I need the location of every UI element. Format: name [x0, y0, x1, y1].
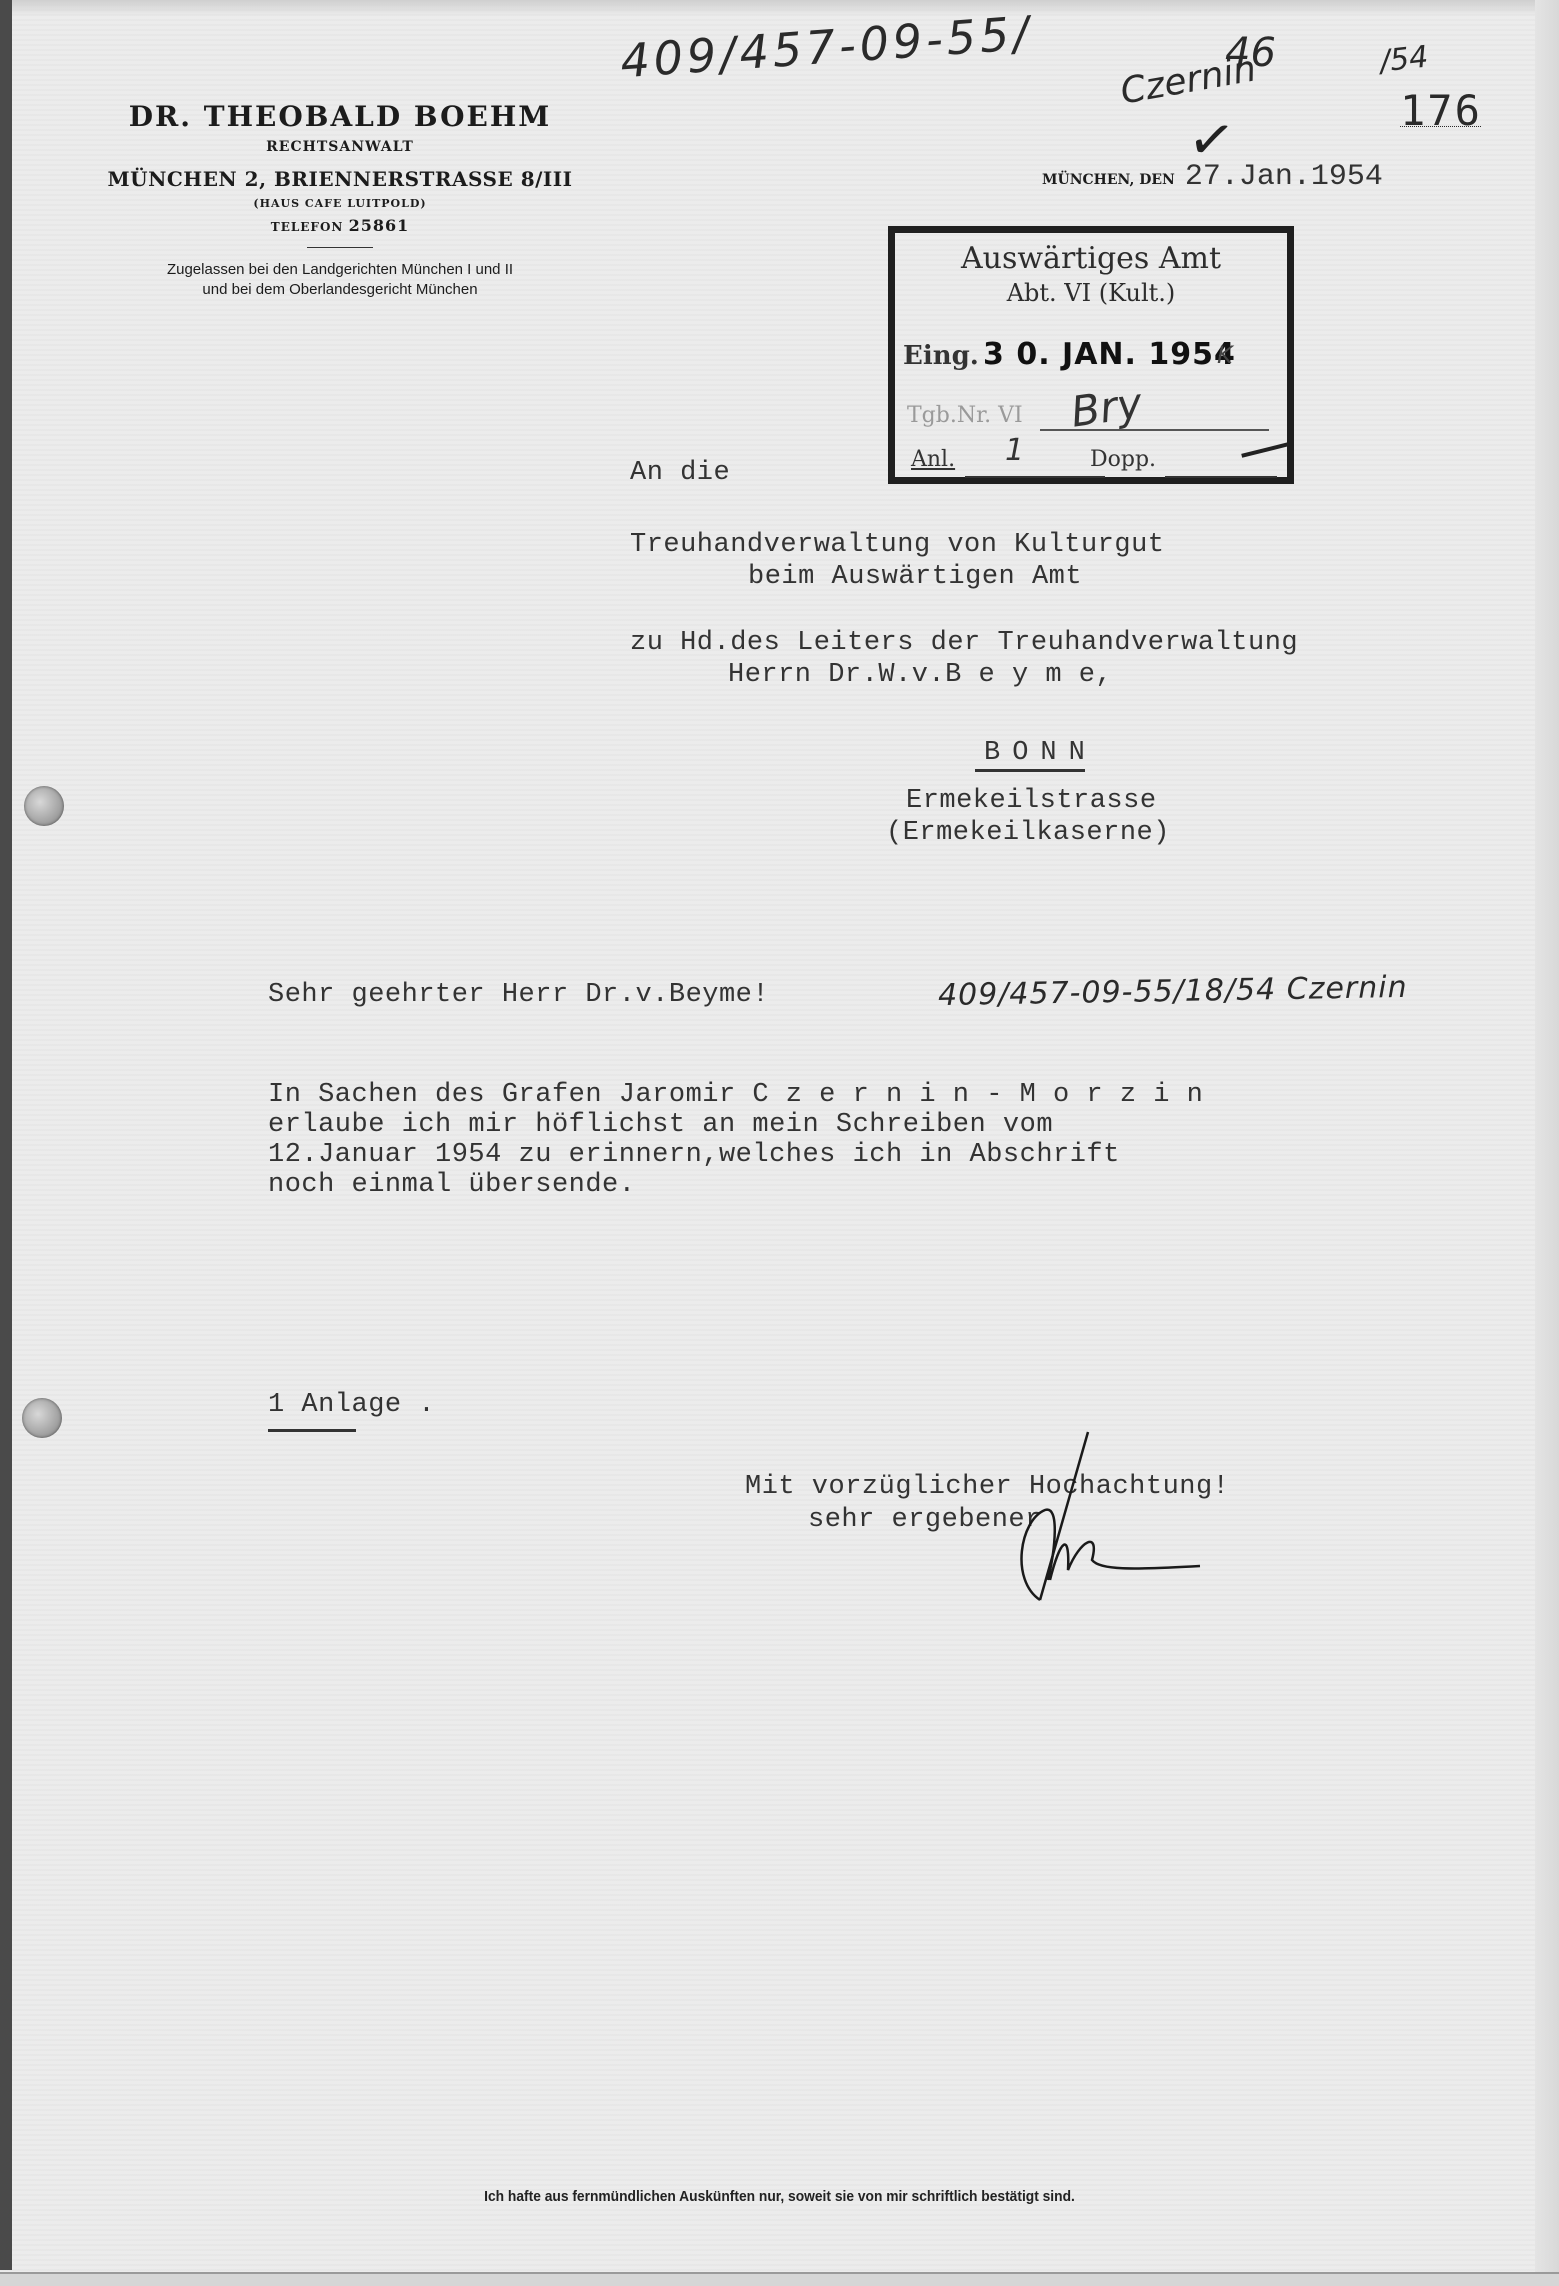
body-line: erlaube ich mir höflichst an mein Schrei… — [268, 1110, 1053, 1140]
handwritten-body-reference: 409/457-09-55/18/54 Czernin — [938, 970, 1408, 1013]
stamp-department: Abt. VI (Kult.) — [895, 279, 1287, 307]
stamp-received-label: Eing. — [903, 341, 979, 371]
recipient-intro: An die — [630, 458, 730, 488]
recipient-building: (Ermekeilkaserne) — [886, 818, 1170, 848]
admission-line-1: Zugelassen bei den Landgerichten München… — [60, 260, 620, 280]
handwritten-number: 46 — [1225, 30, 1276, 76]
letterhead-phone: TELEFON 25861 — [60, 216, 620, 235]
dateline: MÜNCHEN, DEN 27.Jan.1954 — [1042, 160, 1383, 194]
body-line: noch einmal übersende. — [268, 1170, 635, 1200]
letterhead-name: DR. THEOBALD BOEHM — [60, 100, 620, 133]
salutation: Sehr geehrter Herr Dr.v.Beyme! — [268, 980, 769, 1010]
enclosure-underline — [268, 1429, 356, 1432]
letterhead: DR. THEOBALD BOEHM RECHTSANWALT MÜNCHEN … — [60, 100, 620, 300]
stamp-duplicates-line — [1165, 476, 1277, 478]
punch-hole-icon — [24, 786, 64, 826]
stamp-duplicates-dash — [1241, 442, 1289, 457]
letterhead-title: RECHTSANWALT — [60, 139, 620, 155]
phone-label: TELEFON — [271, 220, 344, 234]
recipient-street: Ermekeilstrasse — [906, 786, 1157, 816]
body-line: 12.Januar 1954 zu erinnern,welches ich i… — [268, 1140, 1120, 1170]
stamp-received-initial: K — [1217, 341, 1233, 369]
phone-number: 25861 — [349, 216, 410, 235]
letter-date: 27.Jan.1954 — [1185, 160, 1383, 194]
signature-icon — [1000, 1430, 1220, 1610]
stamp-duplicates-label: Dopp. — [1090, 447, 1156, 472]
recipient-line-1: Treuhandverwaltung von Kulturgut — [630, 530, 1164, 560]
page-bottom-edge — [0, 2272, 1559, 2286]
page-right-edge — [1535, 0, 1559, 2286]
letterhead-building: (HAUS CAFE LUITPOLD) — [60, 197, 620, 210]
date-label: MÜNCHEN, DEN — [1042, 172, 1175, 188]
letterhead-divider — [307, 247, 373, 248]
city-underline — [975, 769, 1085, 772]
liability-disclaimer: Ich hafte aus fernmündlichen Auskünften … — [62, 2188, 1496, 2205]
letterhead-address: MÜNCHEN 2, BRIENNERSTRASSE 8/III — [60, 167, 620, 191]
stamp-attachments-value: 1 — [1005, 433, 1024, 468]
admission-line-2: und bei dem Oberlandesgericht München — [60, 280, 620, 300]
stamp-journal-label: Tgb.Nr. VI — [907, 403, 1023, 428]
recipient-line-2: beim Auswärtigen Amt — [748, 562, 1082, 592]
recipient-line-4: Herrn Dr.W.v.B e y m e, — [728, 660, 1112, 690]
receipt-stamp: Auswärtiges Amt Abt. VI (Kult.) Eing. 3 … — [888, 226, 1294, 484]
recipient-line-3: zu Hd.des Leiters der Treuhandverwaltung — [630, 628, 1298, 658]
page-top-shadow — [0, 0, 1559, 16]
handwritten-year: /54 — [1378, 40, 1430, 80]
handwritten-file-reference: 409/457-09-55/ — [619, 6, 1035, 89]
enclosure-note: 1 Anlage . — [268, 1390, 435, 1420]
page-number-stamp: 176 — [1400, 86, 1482, 135]
recipient-city: BONN — [984, 738, 1097, 768]
stamp-journal-signature: Bry — [1068, 378, 1145, 436]
body-line: In Sachen des Grafen Jaromir C z e r n i… — [268, 1080, 1203, 1110]
stamp-title: Auswärtiges Amt — [895, 241, 1287, 276]
stamp-attachments-label: Anl. — [911, 447, 955, 472]
stamp-attachments-line — [965, 476, 1105, 478]
stamp-received-date: 3 0. JAN. 1954 — [983, 337, 1236, 372]
punch-hole-icon — [22, 1398, 62, 1438]
document-page: DR. THEOBALD BOEHM RECHTSANWALT MÜNCHEN … — [0, 0, 1559, 2286]
binding-edge — [0, 0, 12, 2270]
